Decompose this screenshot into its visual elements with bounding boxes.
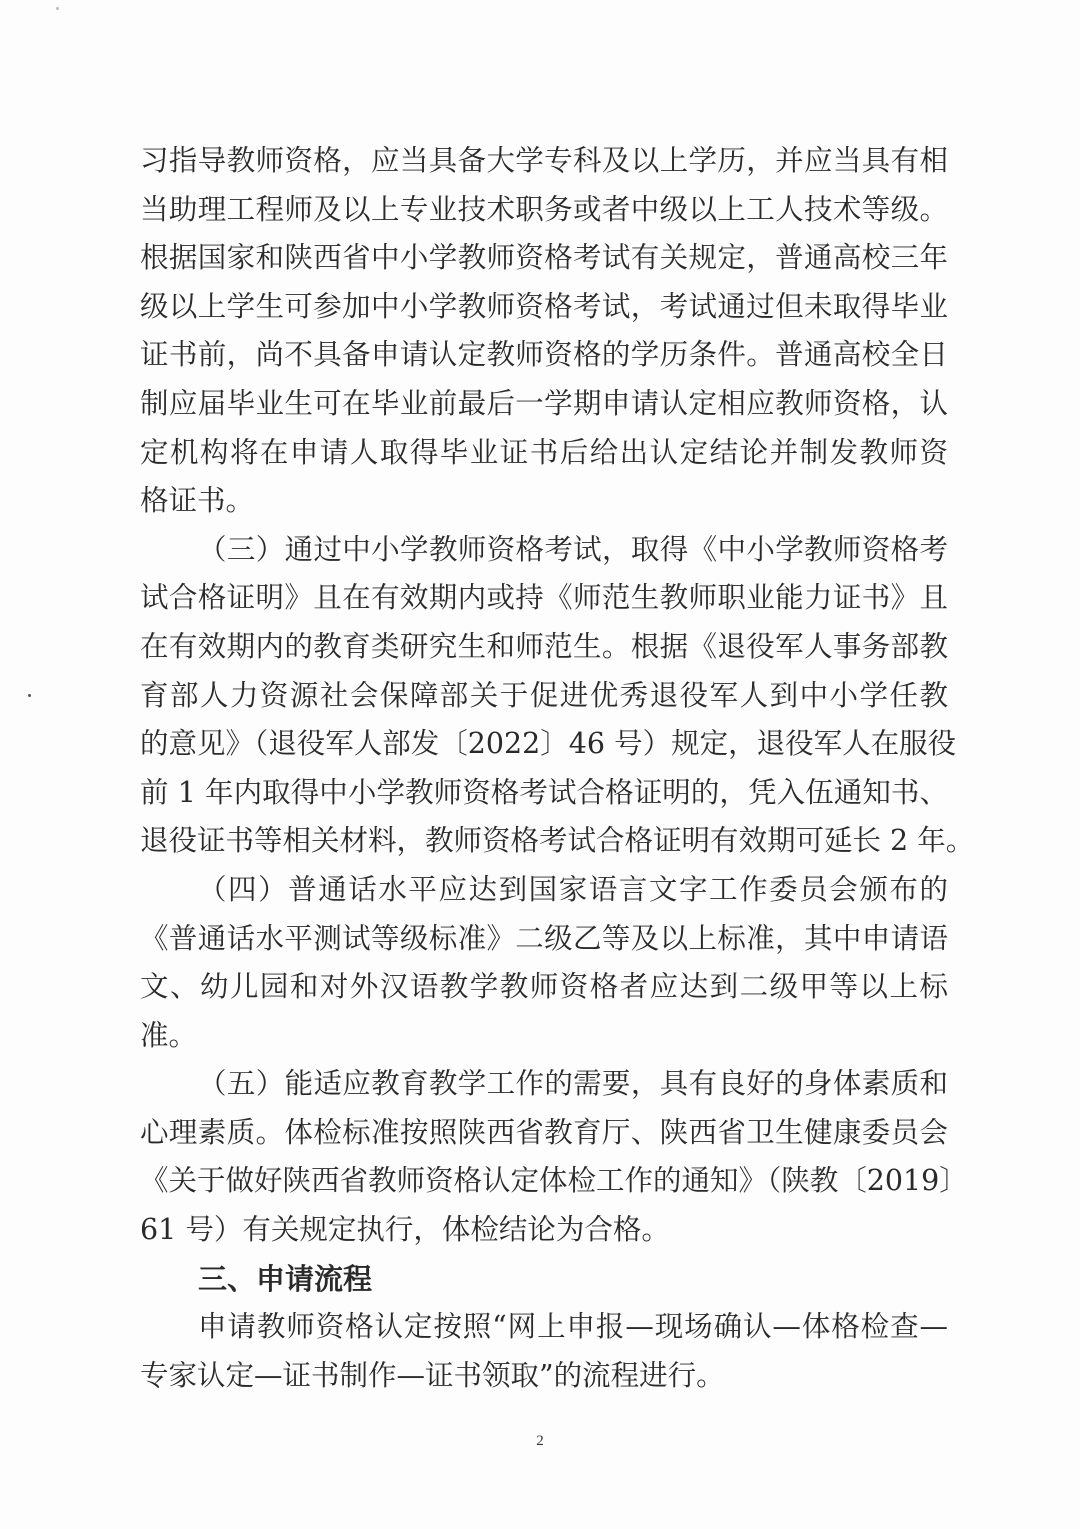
text-line: 申请教师资格认定按照“网上申报—现场确认—体格检查— xyxy=(140,1303,948,1352)
text-line: 《普通话水平测试等级标准》二级乙等及以上标准，其中申请语 xyxy=(140,915,948,964)
paragraph-item-4: （四）普通话水平应达到国家语言文字工作委员会颁布的 《普通话水平测试等级标准》二… xyxy=(140,866,948,1060)
paragraph-application-process: 申请教师资格认定按照“网上申报—现场确认—体格检查— 专家认定—证书制作—证书领… xyxy=(140,1303,948,1400)
paragraph-item-5: （五）能适应教育教学工作的需要，具有良好的身体素质和 心理素质。体检标准按照陕西… xyxy=(140,1060,948,1254)
text-line: 证书前，尚不具备申请认定教师资格的学历条件。普通高校全日 xyxy=(140,331,948,380)
text-line: 习指导教师资格，应当具备大学专科及以上学历，并应当具有相 xyxy=(140,137,948,186)
document-body: 习指导教师资格，应当具备大学专科及以上学历，并应当具有相 当助理工程师及以上专业… xyxy=(140,137,948,1400)
text-line: 试合格证明》且在有效期内或持《师范生教师职业能力证书》且 xyxy=(140,574,948,623)
text-line: 当助理工程师及以上专业技术职务或者中级以上工人技术等级。 xyxy=(140,186,948,235)
text-line: （三）通过中小学教师资格考试，取得《中小学教师资格考 xyxy=(140,526,948,575)
text-line: 育部人力资源社会保障部关于促进优秀退役军人到中小学任教 xyxy=(140,672,948,721)
page-number: 2 xyxy=(530,1433,550,1450)
text-line: 格证书。 xyxy=(140,477,948,526)
text-line: 心理素质。体检标准按照陕西省教育厅、陕西省卫生健康委员会 xyxy=(140,1109,948,1158)
scan-speck xyxy=(28,694,31,697)
text-line: 级以上学生可参加中小学教师资格考试，考试通过但未取得毕业 xyxy=(140,283,948,332)
document-page: 习指导教师资格，应当具备大学专科及以上学历，并应当具有相 当助理工程师及以上专业… xyxy=(0,0,1080,1529)
text-line: 61 号）有关规定执行，体检结论为合格。 xyxy=(140,1206,948,1255)
text-line: 《关于做好陕西省教师资格认定体检工作的通知》（陕教〔2019〕 xyxy=(140,1157,948,1206)
paragraph-item-3: （三）通过中小学教师资格考试，取得《中小学教师资格考 试合格证明》且在有效期内或… xyxy=(140,526,948,866)
section-heading: 三、申请流程 xyxy=(140,1255,948,1304)
text-line: 前 1 年内取得中小学教师资格考试合格证明的，凭入伍通知书、 xyxy=(140,769,948,818)
scan-speck xyxy=(56,7,59,10)
text-line: 文、幼儿园和对外汉语教学教师资格者应达到二级甲等以上标 xyxy=(140,963,948,1012)
text-line: 根据国家和陕西省中小学教师资格考试有关规定，普通高校三年 xyxy=(140,234,948,283)
text-line: 定机构将在申请人取得毕业证书后给出认定结论并制发教师资 xyxy=(140,429,948,478)
text-line: 在有效期内的教育类研究生和师范生。根据《退役军人事务部教 xyxy=(140,623,948,672)
text-line: 准。 xyxy=(140,1012,948,1061)
text-line: 专家认定—证书制作—证书领取”的流程进行。 xyxy=(140,1352,948,1401)
text-line: 退役证书等相关材料，教师资格考试合格证明有效期可延长 2 年。 xyxy=(140,817,948,866)
text-line: （四）普通话水平应达到国家语言文字工作委员会颁布的 xyxy=(140,866,948,915)
text-line: （五）能适应教育教学工作的需要，具有良好的身体素质和 xyxy=(140,1060,948,1109)
paragraph-continuation: 习指导教师资格，应当具备大学专科及以上学历，并应当具有相 当助理工程师及以上专业… xyxy=(140,137,948,526)
text-line: 的意见》（退役军人部发〔2022〕46 号）规定，退役军人在服役 xyxy=(140,720,948,769)
text-line: 制应届毕业生可在毕业前最后一学期申请认定相应教师资格，认 xyxy=(140,380,948,429)
